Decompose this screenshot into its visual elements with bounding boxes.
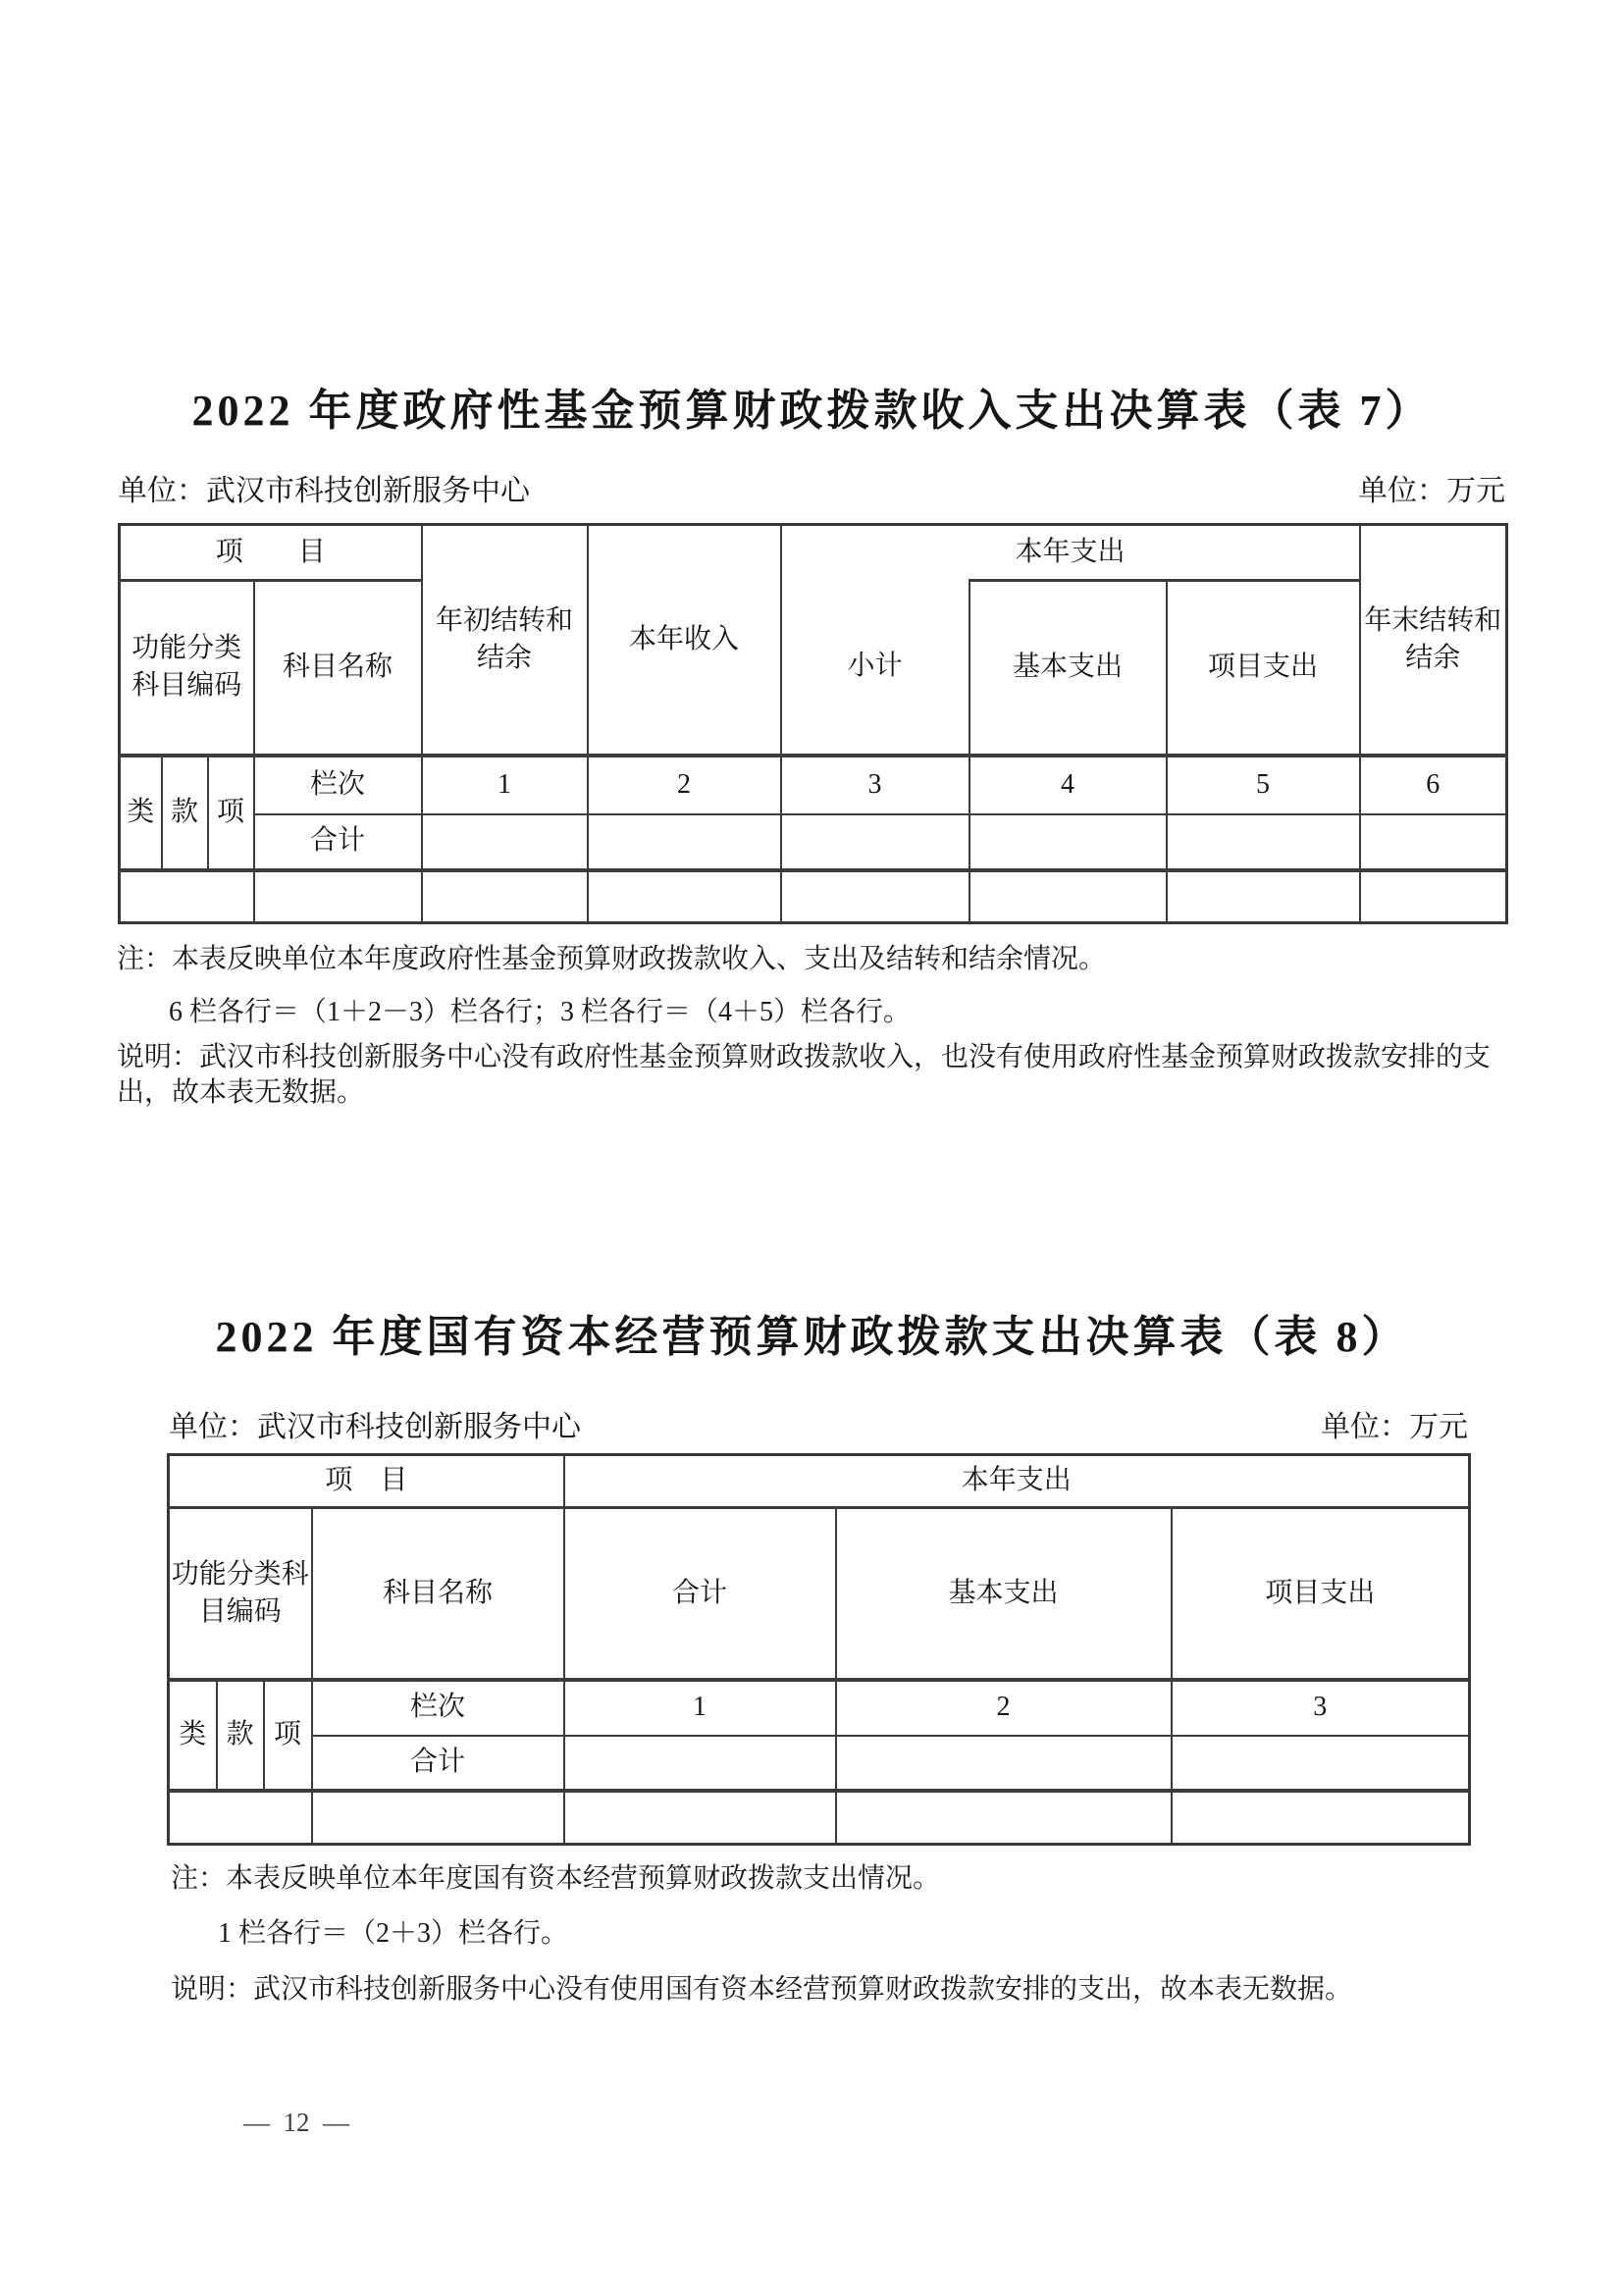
column-index-row-8: 类 款 项 栏次 1 2 3 bbox=[169, 1680, 1470, 1736]
total-label-7: 合计 bbox=[254, 814, 422, 870]
empty-cell bbox=[836, 1736, 1172, 1791]
blank-row-8 bbox=[169, 1791, 1470, 1845]
header-begin-balance-7: 年初结转和 结余 bbox=[422, 525, 588, 756]
header-current-expenditure-8: 本年支出 bbox=[564, 1455, 1470, 1508]
header-subtotal-7: 小计 bbox=[781, 581, 969, 756]
table8-formula-note: 1 栏各行＝（2＋3）栏各行。 bbox=[218, 1916, 568, 1952]
unit-row-8: 单位：武汉市科技创新服务中心 单位：万元 bbox=[169, 1411, 1468, 1443]
table7-formula-note: 6 栏各行＝（1＋2－3）栏各行；3 栏各行＝（4＋5）栏各行。 bbox=[169, 995, 911, 1030]
empty-cell bbox=[1172, 1736, 1470, 1791]
empty-cell bbox=[588, 870, 781, 923]
unit-currency-label-8: 单位：万元 bbox=[1321, 1411, 1468, 1443]
unit-currency-label-7: 单位：万元 bbox=[1358, 475, 1505, 507]
header-end-balance-7: 年末结转和 结余 bbox=[1360, 525, 1507, 756]
column-number: 2 bbox=[836, 1680, 1172, 1736]
empty-cell bbox=[1172, 1791, 1470, 1845]
column-number: 4 bbox=[969, 756, 1167, 814]
header-item-col-8: 项 bbox=[264, 1680, 312, 1791]
page-number: — 12 — bbox=[243, 2108, 349, 2138]
column-number: 3 bbox=[1172, 1680, 1470, 1736]
empty-cell bbox=[422, 814, 588, 870]
empty-cell bbox=[1167, 870, 1360, 923]
empty-cell bbox=[1360, 814, 1507, 870]
header-subject-name-7: 科目名称 bbox=[254, 581, 422, 756]
column-number: 3 bbox=[781, 756, 969, 814]
empty-cell bbox=[1167, 814, 1360, 870]
empty-cell bbox=[781, 814, 969, 870]
table7-note: 注：本表反映单位本年度政府性基金预算财政拨款收入、支出及结转和结余情况。 bbox=[117, 942, 1106, 977]
column-number: 5 bbox=[1167, 756, 1360, 814]
header-row-2-8: 功能分类科 目编码 科目名称 合计 基本支出 项目支出 bbox=[169, 1508, 1470, 1680]
header-subject-name-8: 科目名称 bbox=[312, 1508, 564, 1680]
unit-row-7: 单位：武汉市科技创新服务中心 单位：万元 bbox=[118, 475, 1505, 507]
header-func-code-8: 功能分类科 目编码 bbox=[169, 1508, 312, 1680]
column-no-label-8: 栏次 bbox=[312, 1680, 564, 1736]
empty-cell bbox=[836, 1791, 1172, 1845]
report-title-table7: 2022 年度政府性基金预算财政拨款收入支出决算表（表 7） bbox=[0, 387, 1624, 437]
table7-explanation: 说明：武汉市科技创新服务中心没有政府性基金预算财政拨款收入，也没有使用政府性基金… bbox=[117, 1040, 1508, 1111]
header-item-col-7: 项 bbox=[208, 756, 254, 870]
empty-cell bbox=[254, 870, 422, 923]
header-row-1-7: 项 目 年初结转和 结余 本年收入 本年支出 年末结转和 结余 bbox=[120, 525, 1507, 581]
header-class-7: 类 bbox=[120, 756, 162, 870]
empty-cell bbox=[169, 1791, 312, 1845]
header-item-8: 项 目 bbox=[169, 1455, 564, 1508]
header-basic-expenditure-8: 基本支出 bbox=[836, 1508, 1172, 1680]
empty-cell bbox=[969, 870, 1167, 923]
table8-explanation: 说明：武汉市科技创新服务中心没有使用国有资本经营预算财政拨款安排的支出，故本表无… bbox=[171, 1972, 1476, 2008]
total-row-8: 合计 bbox=[169, 1736, 1470, 1791]
column-number: 1 bbox=[564, 1680, 836, 1736]
budget-table-7: 项 目 年初结转和 结余 本年收入 本年支出 年末结转和 结余 功能分类 科目编… bbox=[118, 523, 1508, 924]
empty-cell bbox=[1360, 870, 1507, 923]
unit-org-label-7: 单位：武汉市科技创新服务中心 bbox=[118, 475, 530, 507]
total-label-8: 合计 bbox=[312, 1736, 564, 1791]
empty-cell bbox=[588, 814, 781, 870]
header-current-expenditure-7: 本年支出 bbox=[781, 525, 1360, 581]
header-func-code-7: 功能分类 科目编码 bbox=[120, 581, 254, 756]
blank-row-7 bbox=[120, 870, 1507, 923]
empty-cell bbox=[120, 870, 254, 923]
empty-cell bbox=[781, 870, 969, 923]
header-basic-expenditure-7: 基本支出 bbox=[969, 581, 1167, 756]
header-project-expenditure-7: 项目支出 bbox=[1167, 581, 1360, 756]
header-row-1-8: 项 目 本年支出 bbox=[169, 1455, 1470, 1508]
header-project-expenditure-8: 项目支出 bbox=[1172, 1508, 1470, 1680]
column-number: 1 bbox=[422, 756, 588, 814]
table8-note: 注：本表反映单位本年度国有资本经营预算财政拨款支出情况。 bbox=[171, 1861, 940, 1897]
column-number: 6 bbox=[1360, 756, 1507, 814]
header-item-7: 项 目 bbox=[120, 525, 422, 581]
unit-org-label-8: 单位：武汉市科技创新服务中心 bbox=[169, 1411, 581, 1443]
empty-cell bbox=[564, 1736, 836, 1791]
column-index-row-7: 类 款 项 栏次 1 2 3 4 5 6 bbox=[120, 756, 1507, 814]
header-total-col-8: 合计 bbox=[564, 1508, 836, 1680]
empty-cell bbox=[422, 870, 588, 923]
header-row-2-7: 功能分类 科目编码 科目名称 小计 基本支出 项目支出 bbox=[120, 581, 1507, 756]
total-row-7: 合计 bbox=[120, 814, 1507, 870]
header-section-8: 款 bbox=[217, 1680, 264, 1791]
empty-cell bbox=[969, 814, 1167, 870]
report-title-table8: 2022 年度国有资本经营预算财政拨款支出决算表（表 8） bbox=[0, 1313, 1624, 1363]
empty-cell bbox=[312, 1791, 564, 1845]
column-number: 2 bbox=[588, 756, 781, 814]
document-page: 2022 年度政府性基金预算财政拨款收入支出决算表（表 7） 单位：武汉市科技创… bbox=[0, 0, 1624, 2296]
header-class-8: 类 bbox=[169, 1680, 217, 1791]
empty-cell bbox=[564, 1791, 836, 1845]
header-current-income-7: 本年收入 bbox=[588, 525, 781, 756]
budget-table-8: 项 目 本年支出 功能分类科 目编码 科目名称 合计 基本支出 项目支出 类 款… bbox=[167, 1453, 1471, 1846]
column-no-label-7: 栏次 bbox=[254, 756, 422, 814]
header-section-7: 款 bbox=[162, 756, 208, 870]
